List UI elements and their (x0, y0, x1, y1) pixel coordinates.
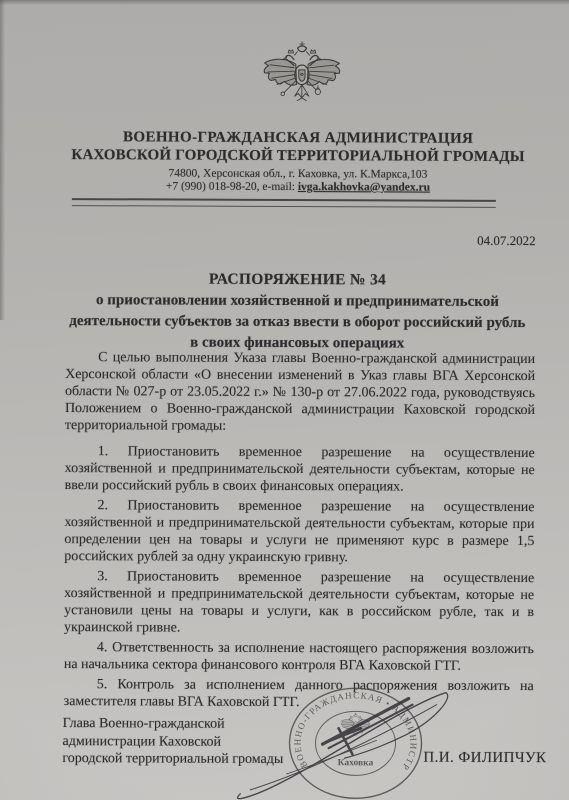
handwritten-signature (226, 678, 467, 800)
organization-name-line2: КАХОВСКОЙ ГОРОДСКОЙ ТЕРРИТОРИАЛЬНОЙ ГРОМ… (19, 147, 569, 166)
subtitle-line: деятельности субъектов за отказ ввести в… (18, 311, 569, 334)
organization-contact: +7 (990) 018-98-20, e-mail: ivga.kakhovk… (19, 180, 569, 194)
document-body: С целью выполнения Указа главы Военно-гр… (64, 349, 536, 715)
intro-paragraph: С целью выполнения Указа главы Военно-гр… (65, 349, 535, 436)
order-item-2: 2. Приостановить временное разрешение на… (64, 497, 534, 567)
document-photo: ВОЕННО-ГРАЖДАНСКАЯ АДМИНИСТРАЦИЯ КАХОВСК… (0, 0, 569, 800)
coat-of-arms-eagle-icon (255, 40, 348, 129)
organization-name-line1: ВОЕННО-ГРАЖДАНСКАЯ АДМИНИСТРАЦИЯ (19, 129, 569, 148)
order-item-3: 3. Приостановить временное разрешение на… (64, 568, 534, 638)
order-item-4: 4. Ответственность за исполнение настоящ… (64, 639, 534, 675)
document-content: ВОЕННО-ГРАЖДАНСКАЯ АДМИНИСТРАЦИЯ КАХОВСК… (0, 0, 569, 800)
document-subtitle: о приостановлении хозяйственной и предпр… (18, 290, 569, 355)
organization-address: 74800, Херсонская обл., г. Каховка, ул. … (19, 167, 569, 181)
separator-line (72, 198, 496, 208)
phone-email-prefix: +7 (990) 018-98-20, e-mail: (166, 180, 298, 193)
document-date: 04.07.2022 (396, 232, 536, 249)
email-address: ivga.kakhovka@yandex.ru (298, 181, 430, 194)
order-item-1: 1. Приостановить временное разрешение на… (65, 443, 535, 496)
document-title: РАСПОРЯЖЕНИЕ № 34 (18, 270, 569, 290)
subtitle-line: о приостановлении хозяйственной и предпр… (18, 290, 569, 313)
